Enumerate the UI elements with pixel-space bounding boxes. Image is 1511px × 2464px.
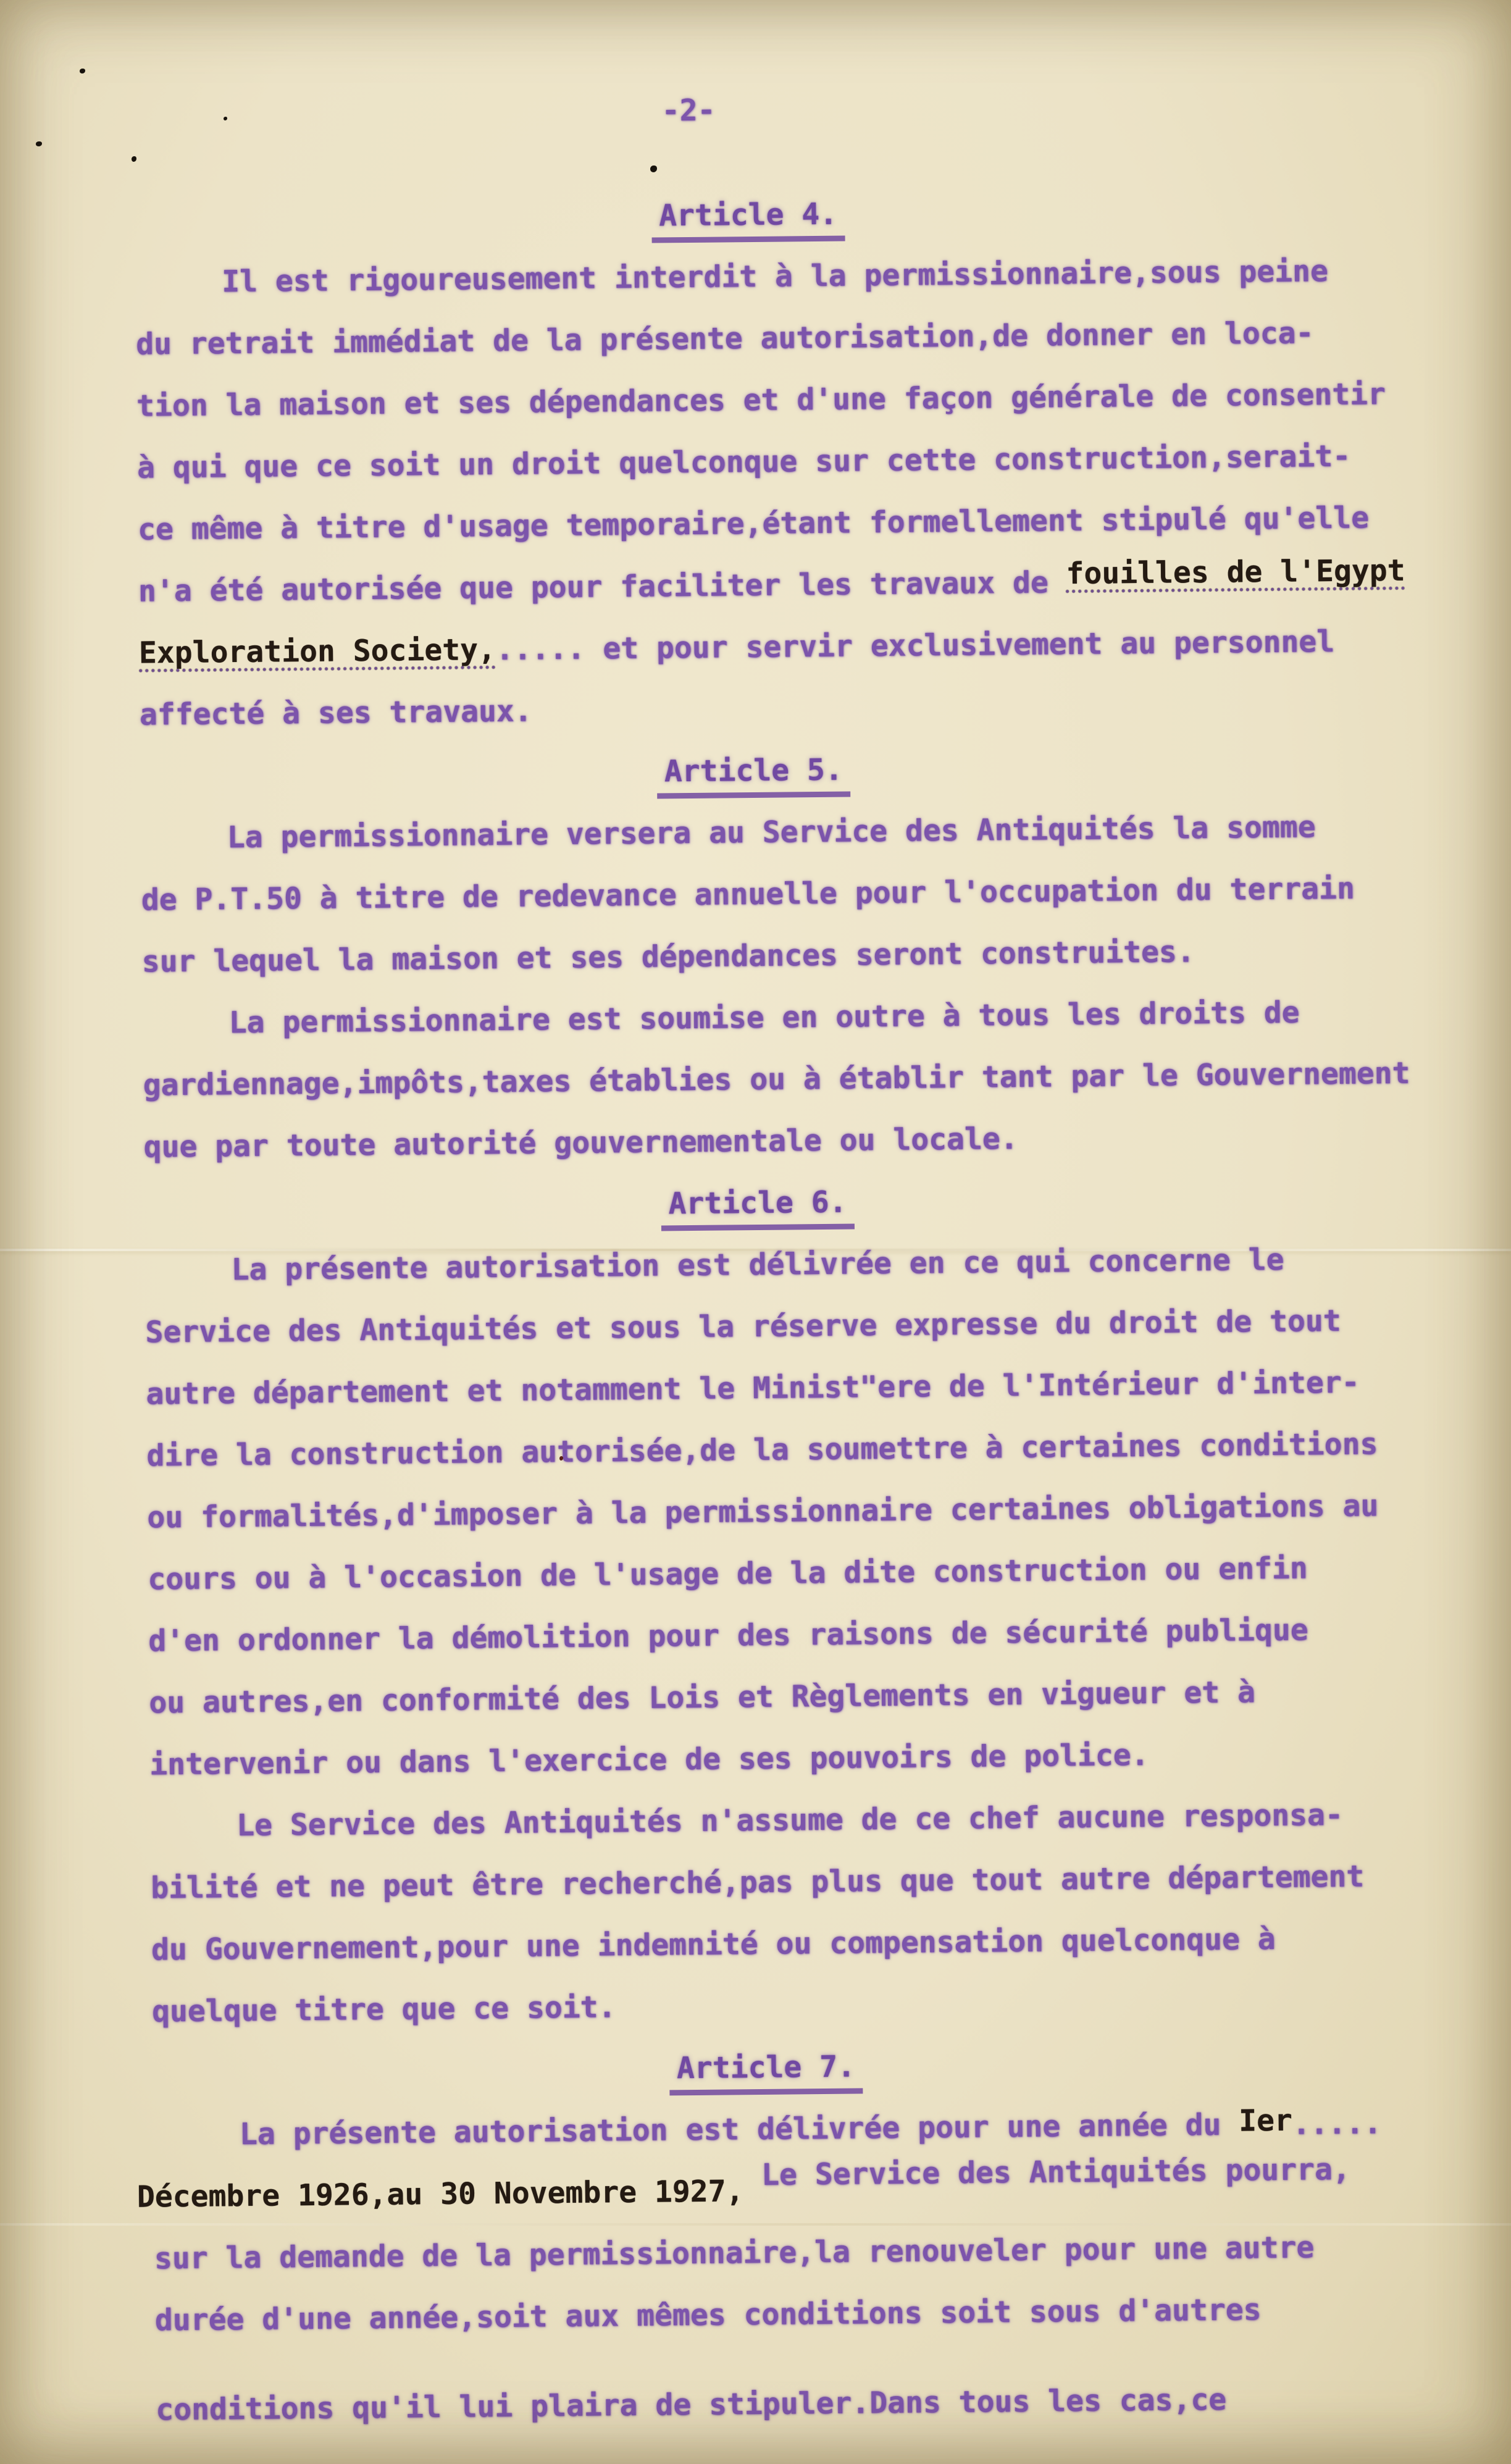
text-segment: à qui que ce soit un droit quelconque su… (137, 439, 1351, 485)
text-segment: Article 7. (677, 2050, 856, 2086)
text-segment: ..... (496, 631, 603, 667)
text-segment: quelque titre que ce soit. (152, 1990, 616, 2029)
text-segment: durée d'une année,soit aux mêmes conditi… (155, 2292, 1262, 2337)
page-content: -2-Article 4.Il est rigoureusement inter… (0, 0, 1511, 2442)
text-segment: Ier (1239, 2103, 1292, 2139)
text-segment: Article 5. (664, 753, 843, 789)
page-number: -2- (0, 72, 1503, 148)
text-segment: Il est rigoureusement interdit à la perm… (222, 254, 1328, 299)
text-segment: fouilles de l'Egypt (1066, 553, 1405, 591)
text-segment: n'a été autorisée que pour faciliter les… (138, 565, 1066, 608)
text-segment: dire la construction autorisée,de la sou… (146, 1427, 1378, 1473)
text-segment: -2- (661, 93, 715, 128)
text-segment: autre département et notamment le Minist… (146, 1365, 1360, 1412)
heading-underline: Article 4. (651, 196, 845, 243)
text-segment: que par toute autorité gouvernementale o… (143, 1121, 1018, 1165)
text-segment: d'en ordonner la démolition pour des rai… (148, 1612, 1308, 1658)
typed-line: conditions qu'il lui plaira de stipuler.… (14, 2366, 1511, 2442)
text-segment: cours ou à l'occasion de l'usage de la d… (148, 1551, 1308, 1596)
text-segment: Exploration Society, (139, 632, 496, 671)
text-segment: ce même à titre d'usage temporaire,étant… (138, 500, 1369, 547)
text-segment: La présente autorisation est délivrée po… (240, 2108, 1239, 2152)
text-segment: Le Service des Antiquités pourra, (743, 2152, 1350, 2192)
text-segment: La permissionnaire versera au Service de… (227, 810, 1316, 855)
text-segment: sur la demande de la permissionnaire,la … (154, 2230, 1315, 2276)
text-segment: La présente autorisation est délivrée en… (231, 1242, 1284, 1287)
text-segment: Article 4. (659, 197, 838, 233)
text-segment: gardiennage,impôts,taxes établies ou à é… (143, 1056, 1410, 1103)
text-segment: et pour servir exclusivement au personne… (603, 624, 1334, 666)
text-segment: affecté à ses travaux. (140, 694, 532, 732)
text-segment: intervenir ou dans l'exercice de ses pou… (149, 1738, 1149, 1782)
text-segment: La permissionnaire est soumise en outre … (228, 995, 1299, 1041)
text-segment: ..... (1292, 2106, 1382, 2141)
heading-underline: Article 6. (661, 1184, 855, 1231)
text-segment: Article 6. (668, 1185, 847, 1222)
text-segment: Le Service des Antiquités n'assume de ce… (236, 1798, 1343, 1843)
text-segment: du Gouvernement,pour une indemnité ou co… (151, 1922, 1276, 1967)
text-segment: sur lequel la maison et ses dépendances … (141, 934, 1194, 979)
text-segment: Service des Antiquités et sous la réserv… (145, 1304, 1341, 1350)
text-segment: ou formalités,d'imposer à la permissionn… (147, 1488, 1378, 1535)
typewritten-page: { "page": { "number": "-2-", "paper_colo… (0, 0, 1511, 2464)
heading-underline: Article 5. (657, 752, 851, 799)
text-segment: conditions qu'il lui plaira de stipuler.… (156, 2382, 1226, 2428)
text-segment: du retrait immédiat de la présente autor… (136, 316, 1314, 361)
text-segment: bilité et ne peut être recherché,pas plu… (151, 1859, 1365, 1906)
heading-underline: Article 7. (669, 2048, 863, 2095)
text-segment: de P.T.50 à titre de redevance annuelle … (141, 871, 1355, 918)
text-segment: ou autres,en conformité des Lois et Règl… (149, 1675, 1255, 1720)
text-segment: tion la maison et ses dépendances et d'u… (136, 377, 1386, 423)
text-segment: Décembre 1926,au 30 Novembre 1927, (137, 2174, 744, 2214)
